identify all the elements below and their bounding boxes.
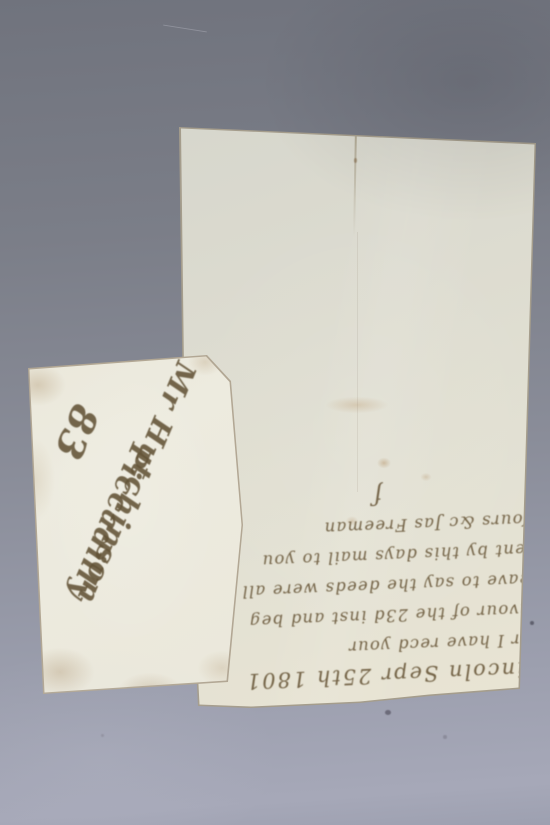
scratch-mark	[163, 25, 207, 33]
dust-speck	[101, 734, 104, 737]
letter-handwriting: Lincoln Sepr 25th 1801 Sir I have recd y…	[234, 474, 541, 697]
fold-crease	[353, 129, 357, 237]
address-number-handwriting: 83	[45, 398, 108, 466]
dust-speck	[385, 710, 391, 715]
ink-spot	[354, 158, 357, 163]
fold-crease-faint	[357, 232, 358, 492]
photo-backdrop: Lincoln Sepr 25th 1801 Sir I have recd y…	[0, 0, 550, 825]
dust-speck	[530, 621, 534, 625]
dust-speck	[443, 735, 447, 739]
